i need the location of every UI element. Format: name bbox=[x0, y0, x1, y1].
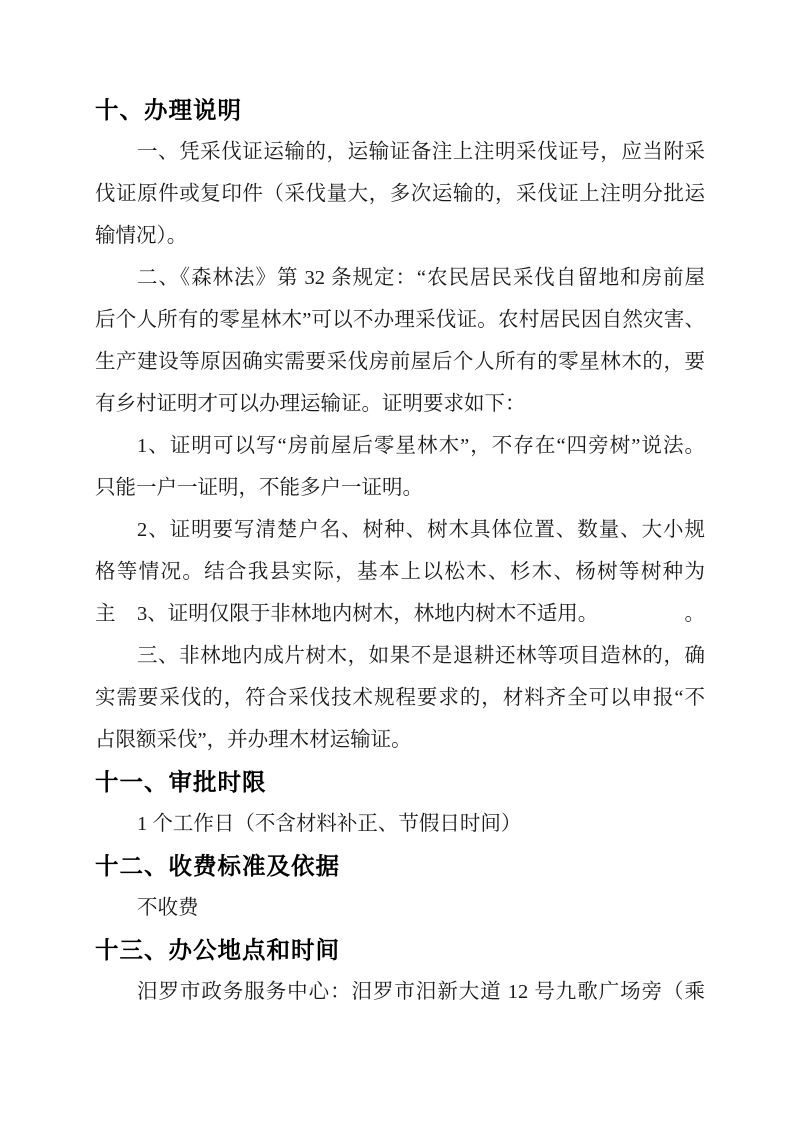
section-heading-13: 十三、办公地点和时间 bbox=[95, 929, 705, 971]
body-line: 只能一户一证明，不能多户一证明。 bbox=[95, 467, 705, 509]
section-heading-12: 十二、收费标准及依据 bbox=[95, 845, 705, 887]
body-line: 有乡村证明才可以办理运输证。证明要求如下： bbox=[95, 383, 705, 425]
body-line: 占限额采伐”，并办理木材运输证。 bbox=[95, 719, 705, 761]
body-line: 1 个工作日（不含材料补正、节假日时间） bbox=[95, 803, 705, 845]
body-line: 2、证明要写清楚户名、树种、树木具体位置、数量、大小规 bbox=[95, 509, 705, 551]
body-line: 后个人所有的零星林木”可以不办理采伐证。农村居民因自然灾害、 bbox=[95, 299, 705, 341]
document-page: 十、办理说明 一、凭采伐证运输的，运输证备注上注明采伐证号，应当附采 伐证原件或… bbox=[0, 0, 793, 1122]
body-line: 一、凭采伐证运输的，运输证备注上注明采伐证号，应当附采 bbox=[95, 131, 705, 173]
body-line: 伐证原件或复印件（采伐量大，多次运输的，采伐证上注明分批运 bbox=[95, 173, 705, 215]
body-line: 汨罗市政务服务中心：汨罗市汨新大道 12 号九歌广场旁（乘 bbox=[95, 971, 705, 1013]
body-line: 输情况）。 bbox=[95, 215, 705, 257]
body-line: 生产建设等原因确实需要采伐房前屋后个人所有的零星林木的，要 bbox=[95, 341, 705, 383]
body-line: 格等情况。结合我县实际，基本上以松木、杉木、杨树等树种为主。 bbox=[95, 551, 705, 593]
section-heading-11: 十一、审批时限 bbox=[95, 761, 705, 803]
body-line: 三、非林地内成片树木，如果不是退耕还林等项目造林的，确 bbox=[95, 635, 705, 677]
body-line: 1、证明可以写“房前屋后零星林木”，不存在“四旁树”说法。 bbox=[95, 425, 705, 467]
body-line: 不收费 bbox=[95, 887, 705, 929]
section-heading-10: 十、办理说明 bbox=[95, 89, 705, 131]
body-line: 二、《森林法》第 32 条规定：“农民居民采伐自留地和房前屋 bbox=[95, 257, 705, 299]
body-line: 实需要采伐的，符合采伐技术规程要求的，材料齐全可以申报“不 bbox=[95, 677, 705, 719]
